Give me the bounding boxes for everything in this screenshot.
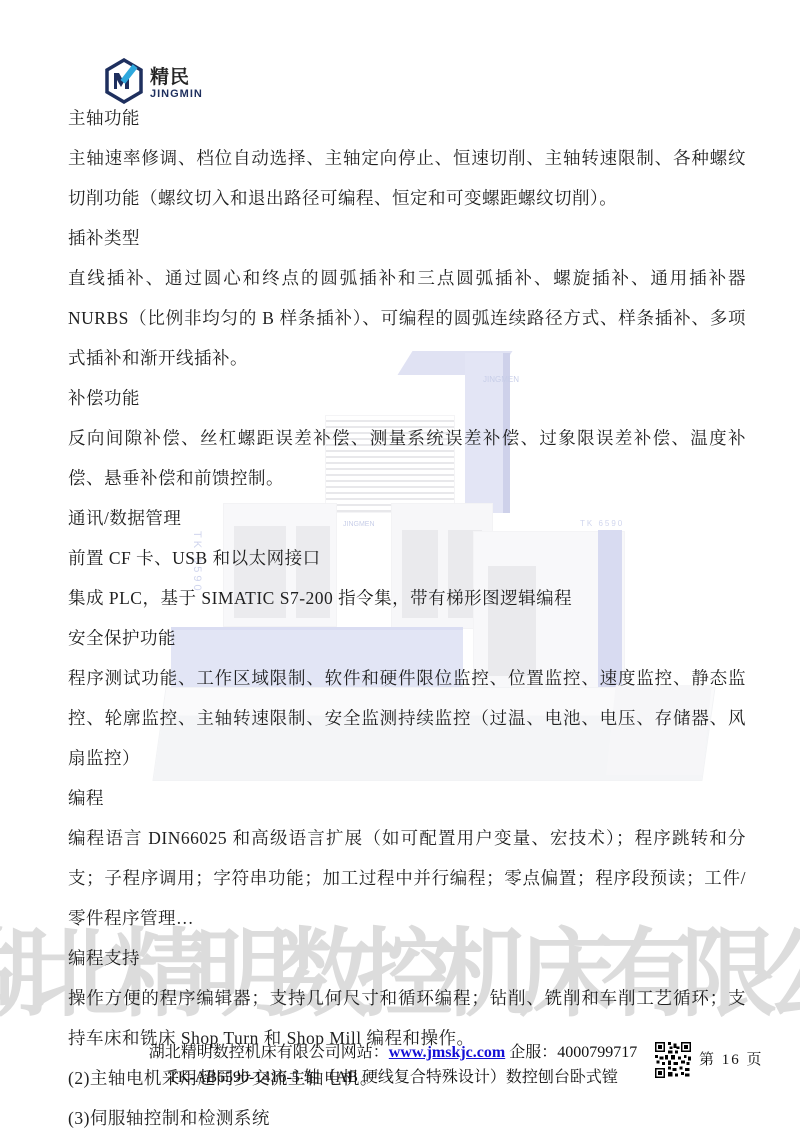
- body-paragraph: 编程语言 DIN66025 和高级语言扩展（如可配置用户变量、宏技术）；程序跳转…: [68, 818, 746, 938]
- body-paragraph: 通讯/数据管理: [68, 498, 746, 538]
- body-paragraph: 反向间隙补偿、丝杠螺距误差补偿、测量系统误差补偿、过象限误差补偿、温度补偿、悬垂…: [68, 418, 746, 498]
- body-paragraph: 前置 CF 卡、USB 和以太网接口: [68, 538, 746, 578]
- body-paragraph: 集成 PLC，基于 SIMATIC S7-200 指令集，带有梯形图逻辑编程: [68, 578, 746, 618]
- body-paragraph: 编程: [68, 778, 746, 818]
- footer-service-phone: 4000799717: [557, 1044, 637, 1061]
- footer-line-contact: 湖北精明数控机床有限公司网站：www.jmskjc.com 企服：4000799…: [128, 1040, 658, 1065]
- website-link[interactable]: www.jmskjc.com: [389, 1044, 505, 1061]
- footer-site-label: 湖北精明数控机床有限公司网站：: [149, 1044, 389, 1061]
- body-paragraph: 主轴功能: [68, 98, 746, 138]
- body-paragraph: 直线插补、通过圆心和终点的圆弧插补和三点圆弧插补、螺旋插补、通用插补器 NURB…: [68, 258, 746, 378]
- body-paragraph: 主轴速率修调、档位自动选择、主轴定向停止、恒速切削、主轴转速限制、各种螺纹切削功…: [68, 138, 746, 218]
- body-paragraph: 插补类型: [68, 218, 746, 258]
- footer-line-model: TK-AB6590-1416-5 轴（AB 硬线复合特殊设计）数控刨台卧式镗: [128, 1065, 658, 1090]
- body-paragraph: 补偿功能: [68, 378, 746, 418]
- footer-service-label: 企服：: [505, 1044, 557, 1061]
- logo-text-zh: 精民: [150, 68, 203, 87]
- qr-code-icon: [655, 1042, 691, 1083]
- body-paragraph: 编程支持: [68, 938, 746, 978]
- body-paragraph: (3)伺服轴控制和检测系统: [68, 1098, 746, 1131]
- body-paragraph: 程序测试功能、工作区域限制、软件和硬件限位监控、位置监控、速度监控、静态监控、轮…: [68, 658, 746, 778]
- document-body: 主轴功能主轴速率修调、档位自动选择、主轴定向停止、恒速切削、主轴转速限制、各种螺…: [68, 98, 746, 1131]
- footer-text-block: 湖北精明数控机床有限公司网站：www.jmskjc.com 企服：4000799…: [128, 1040, 658, 1090]
- page-number: 第 16 页: [699, 1048, 764, 1069]
- body-paragraph: 安全保护功能: [68, 618, 746, 658]
- logo-text: 精民 JINGMIN: [150, 68, 203, 100]
- page-footer: 湖北精明数控机床有限公司网站：www.jmskjc.com 企服：4000799…: [0, 1040, 800, 1090]
